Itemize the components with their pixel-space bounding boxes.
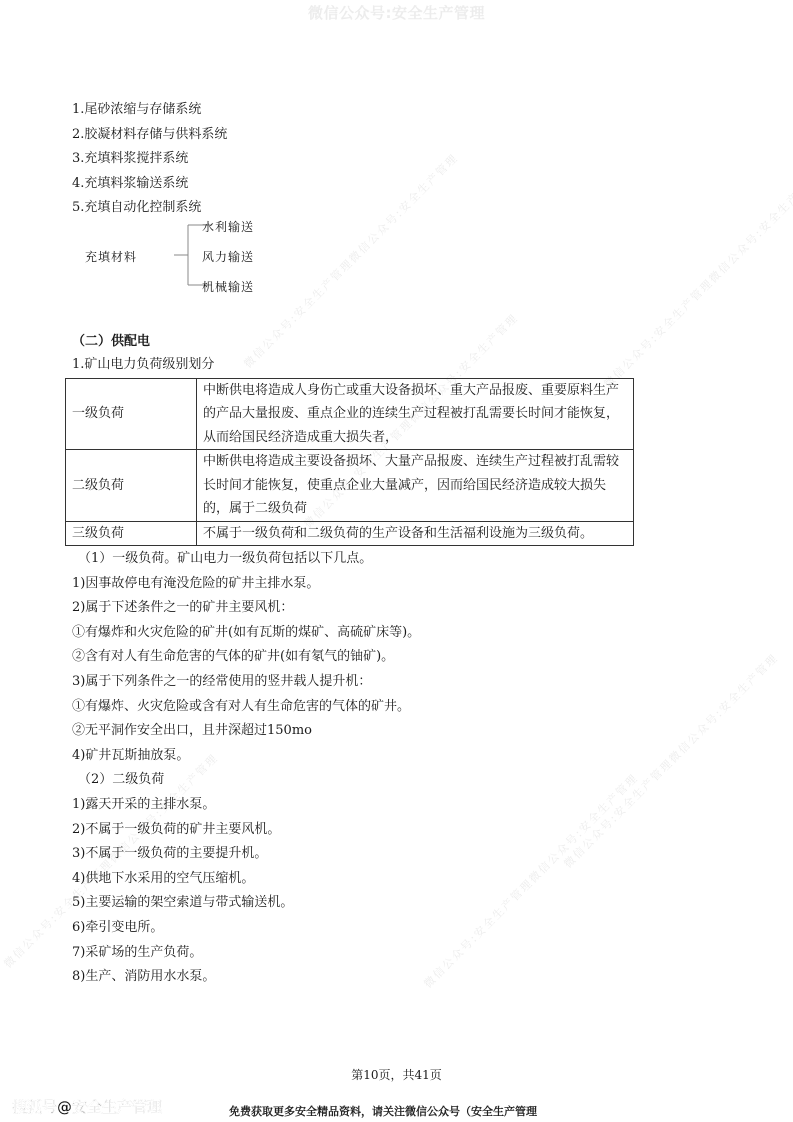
- paragraph-heading: （2）二级负荷: [72, 768, 652, 793]
- list-item: 1)露天开采的主排水泵。: [72, 793, 652, 818]
- table-cell-level: 二级负荷: [66, 450, 197, 522]
- diagram-branch: 风力输送: [202, 248, 254, 265]
- table-cell-description: 不属于一级负荷和二级负荷的生产设备和生活福利设施为三级负荷。: [197, 521, 634, 546]
- table-row: 二级负荷 中断供电将造成主要设备损坏、大量产品报废、连续生产过程被打乱需较长时间…: [66, 450, 634, 522]
- bracket-connector-icon: [72, 217, 212, 317]
- list-item: ②无平洞作安全出口，且井深超过150mo: [72, 719, 652, 744]
- list-item: 2.胶凝材料存储与供料系统: [72, 123, 652, 148]
- page-number: 第10页，共41页: [0, 1066, 793, 1083]
- first-level-section: （1）一级负荷。矿山电力一级负荷包括以下几点。 1)因事故停电有淹没危险的矿井主…: [72, 547, 652, 768]
- list-item: 1)因事故停电有淹没危险的矿井主排水泵。: [72, 572, 652, 597]
- filling-system-list: 1.尾砂浓缩与存储系统 2.胶凝材料存储与供料系统 3.充填料浆搅拌系统 4.充…: [72, 98, 652, 221]
- diagram-root: 充填材料: [85, 248, 137, 265]
- diagram-branch: 机械输送: [202, 278, 254, 295]
- table-cell-level: 一级负荷: [66, 378, 197, 450]
- list-item: 4.充填料浆输送系统: [72, 172, 652, 197]
- list-item: 7)采矿场的生产负荷。: [72, 941, 652, 966]
- list-item: ①有爆炸和火灾危险的矿井(如有瓦斯的煤矿、高硫矿床等)。: [72, 621, 652, 646]
- list-item: 5)主要运输的架空索道与带式输送机。: [72, 891, 652, 916]
- list-item: 1.尾砂浓缩与存储系统: [72, 98, 652, 123]
- table-cell-description: 中断供电将造成主要设备损坏、大量产品报废、连续生产过程被打乱需较长时间才能恢复，…: [197, 450, 634, 522]
- diagram-branch: 水利输送: [202, 218, 254, 235]
- header-watermark: 微信公众号:安全生产管理: [0, 2, 793, 23]
- sohu-watermark: 搜狐号@安全生产管理: [12, 1096, 162, 1117]
- table-row: 一级负荷 中断供电将造成人身伤亡或重大设备损坏、重大产品报废、重要原料生产的产品…: [66, 378, 634, 450]
- list-item: 2)不属于一级负荷的矿井主要风机。: [72, 818, 652, 843]
- list-item: 8)生产、消防用水水泵。: [72, 965, 652, 990]
- transport-diagram: 充填材料 水利输送 风力输送 机械输送: [72, 217, 652, 327]
- load-level-table: 一级负荷 中断供电将造成人身伤亡或重大设备损坏、重大产品报废、重要原料生产的产品…: [65, 378, 634, 547]
- list-item: ②含有对人有生命危害的气体的矿井(如有氡气的铀矿)。: [72, 645, 652, 670]
- second-level-section: （2）二级负荷 1)露天开采的主排水泵。 2)不属于一级负荷的矿井主要风机。 3…: [72, 768, 652, 989]
- list-item: 4)矿井瓦斯抽放泵。: [72, 744, 652, 769]
- footer-note: 免费获取更多安全精品资料，请关注微信公众号（安全生产管理: [229, 1103, 537, 1119]
- table-cell-level: 三级负荷: [66, 521, 197, 546]
- table-cell-description: 中断供电将造成人身伤亡或重大设备损坏、重大产品报废、重要原料生产的产品大量报废、…: [197, 378, 634, 450]
- section-subtitle: 1.矿山电力负荷级别划分: [72, 353, 652, 378]
- paragraph-heading: （1）一级负荷。矿山电力一级负荷包括以下几点。: [72, 547, 652, 572]
- list-item: 6)牵引变电所。: [72, 916, 652, 941]
- list-item: 4)供地下水采用的空气压缩机。: [72, 867, 652, 892]
- table-row: 三级负荷 不属于一级负荷和二级负荷的生产设备和生活福利设施为三级负荷。: [66, 521, 634, 546]
- list-item: 2)属于下述条件之一的矿井主要风机：: [72, 596, 652, 621]
- section-title: （二）供配电: [72, 331, 652, 353]
- document-body: 1.尾砂浓缩与存储系统 2.胶凝材料存储与供料系统 3.充填料浆搅拌系统 4.充…: [72, 98, 652, 990]
- list-item: 3)不属于一级负荷的主要提升机。: [72, 842, 652, 867]
- list-item: ①有爆炸、火灾危险或含有对人有生命危害的气体的矿井。: [72, 695, 652, 720]
- list-item: 3.充填料浆搅拌系统: [72, 147, 652, 172]
- list-item: 3)属于下列条件之一的经常使用的竖井载人提升机：: [72, 670, 652, 695]
